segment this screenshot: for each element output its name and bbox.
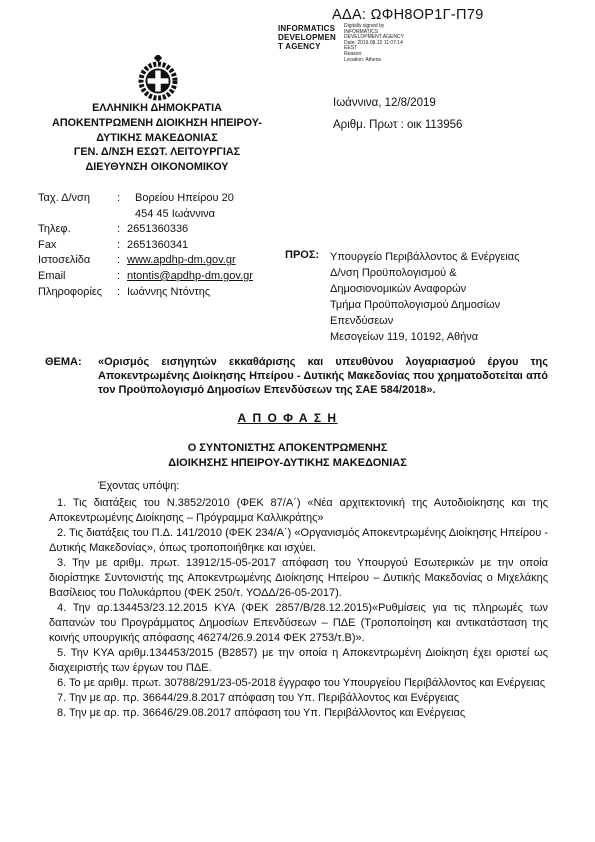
email-link[interactable]: ntontis@apdhp-dm.gov.gr [127,269,253,285]
contact-separator: : [117,222,127,238]
recipient-line: Επενδύσεων [330,313,565,329]
contact-label: Ταχ. Δ/νση [38,191,117,207]
contact-row: Πληροφορίες : Ιωάννης Ντόντης [38,285,253,301]
contact-label: Τηλεφ. [38,222,117,238]
digital-signature-stamp: INFORMATICS DEVELOPMENT AGENCY Digitally… [278,24,434,63]
recipient-line: Δημοσιονομικών Αναφορών [330,281,565,297]
signature-detail-line: Location: Athens [344,58,434,64]
letterhead-line: ΓΕΝ. Δ/ΝΣΗ ΕΣΩΤ. ΛΕΙΤΟΥΡΓΙΑΣ [28,145,286,160]
contact-label: Πληροφορίες [38,285,117,301]
contact-separator: : [117,253,127,269]
contact-separator [117,207,127,223]
contact-row: Fax : 2651360341 [38,238,253,254]
contact-separator: : [117,269,127,285]
contact-value: Ιωάννης Ντόντης [127,285,210,301]
ada-code: ΑΔΑ: ΩΦΗ8ΟΡ1Γ-Π79 [332,7,484,23]
recipient-line: Υπουργείο Περιβάλλοντος & Ενέργειας [330,249,565,265]
contact-separator: : [117,191,127,207]
protocol-number: Αριθμ. Πρωτ : οικ 113956 [333,119,462,131]
contact-label: Ιστοσελίδα [38,253,117,269]
contact-label [38,207,117,223]
contact-row: Ιστοσελίδα : www.apdhp-dm.gov.gr [38,253,253,269]
contact-label: Fax [38,238,117,254]
contact-row: Ταχ. Δ/νση : Βορείου Ηπείρου 20 [38,191,253,207]
place-and-date: Ιωάννινα, 12/8/2019 [333,97,436,109]
letterhead: ΕΛΛΗΝΙΚΗ ΔΗΜΟΚΡΑΤΙΑ ΑΠΟΚΕΝΤΡΩΜΕΝΗ ΔΙΟΙΚΗ… [28,101,286,175]
letterhead-line: ΕΛΛΗΝΙΚΗ ΔΗΜΟΚΡΑΤΙΑ [28,101,286,116]
subject-label: ΘΕΜΑ: [45,356,82,368]
contact-separator: : [117,238,127,254]
document-page: ΑΔΑ: ΩΦΗ8ΟΡ1Γ-Π79 INFORMATICS DEVELOPMEN… [0,0,595,842]
website-link[interactable]: www.apdhp-dm.gov.gr [127,253,236,269]
recipient-line: Δ/νση Προϋπολογισμού & [330,265,565,281]
contact-row: Τηλεφ. : 2651360336 [38,222,253,238]
greek-national-emblem-icon [138,55,178,102]
subject-text: «Ορισμός εισηγητών εκκαθάρισης και υπευθ… [98,356,548,397]
consideration-item: 4. Την αρ.134453/23.12.2015 ΚΥΑ (ΦΕΚ 285… [49,601,548,646]
letterhead-line: ΔΙΕΥΘΥΝΣΗ ΟΙΚΟΝΟΜΙΚΟΥ [28,160,286,175]
authority-line: Ο ΣΥΝΤΟΝΙΣΤΗΣ ΑΠΟΚΕΝΤΡΩΜΕΝΗΣ [30,441,545,456]
consideration-item: 3. Την με αριθμ. πρωτ. 13912/15-05-2017 … [49,556,548,601]
contact-label: Email [38,269,117,285]
letterhead-line: ΑΠΟΚΕΝΤΡΩΜΕΝΗ ΔΙΟΙΚΗΣΗ ΗΠΕΙΡΟΥ- [28,116,286,131]
recipient-label: ΠΡΟΣ: [285,249,319,261]
decision-title: Α Π Ο Φ Α Σ Η [30,411,545,425]
consideration-item: 8. Την με αρ. πρ. 36646/29.08.2017 απόφα… [49,706,548,721]
signature-agency-name: INFORMATICS DEVELOPMENT AGENCY [278,24,338,63]
contact-separator: : [117,285,127,301]
recipient-block: Υπουργείο Περιβάλλοντος & Ενέργειας Δ/νσ… [330,249,565,345]
contact-value: 2651360336 [127,222,188,238]
consideration-item: 2. Τις διατάξεις του Π.Δ. 141/2010 (ΦΕΚ … [49,526,548,556]
contact-block: Ταχ. Δ/νση : Βορείου Ηπείρου 20 454 45 Ι… [38,191,253,300]
considerations-list: 1. Τις διατάξεις του Ν.3852/2010 (ΦΕΚ 87… [49,496,548,721]
authority-line: ΔΙΟΙΚΗΣΗΣ ΗΠΕΙΡΟΥ-ΔΥΤΙΚΗΣ ΜΑΚΕΔΟΝΙΑΣ [30,456,545,471]
contact-value: 2651360341 [127,238,188,254]
contact-value: Βορείου Ηπείρου 20 [127,191,234,207]
contact-row: 454 45 Ιωάννινα [38,207,253,223]
preamble-text: Έχοντας υπόψη: [98,480,179,492]
contact-value: 454 45 Ιωάννινα [127,207,215,223]
consideration-item: 6. Το με αριθμ. πρωτ. 30788/291/23-05-20… [49,676,548,691]
issuing-authority: Ο ΣΥΝΤΟΝΙΣΤΗΣ ΑΠΟΚΕΝΤΡΩΜΕΝΗΣ ΔΙΟΙΚΗΣΗΣ Η… [30,441,545,470]
signature-details: Digitally signed by INFORMATICS DEVELOPM… [344,24,434,63]
recipient-line: Μεσογείων 119, 10192, Αθήνα [330,329,565,345]
contact-row: Email : ntontis@apdhp-dm.gov.gr [38,269,253,285]
consideration-item: 7. Την με αρ. πρ. 36644/29.8.2017 απόφασ… [49,691,548,706]
consideration-item: 1. Τις διατάξεις του Ν.3852/2010 (ΦΕΚ 87… [49,496,548,526]
consideration-item: 5. Την ΚΥΑ αριθμ.134453/2015 (Β2857) με … [49,646,548,676]
recipient-line: Τμήμα Προϋπολογισμού Δημοσίων [330,297,565,313]
letterhead-line: ΔΥΤΙΚΗΣ ΜΑΚΕΔΟΝΙΑΣ [28,131,286,146]
